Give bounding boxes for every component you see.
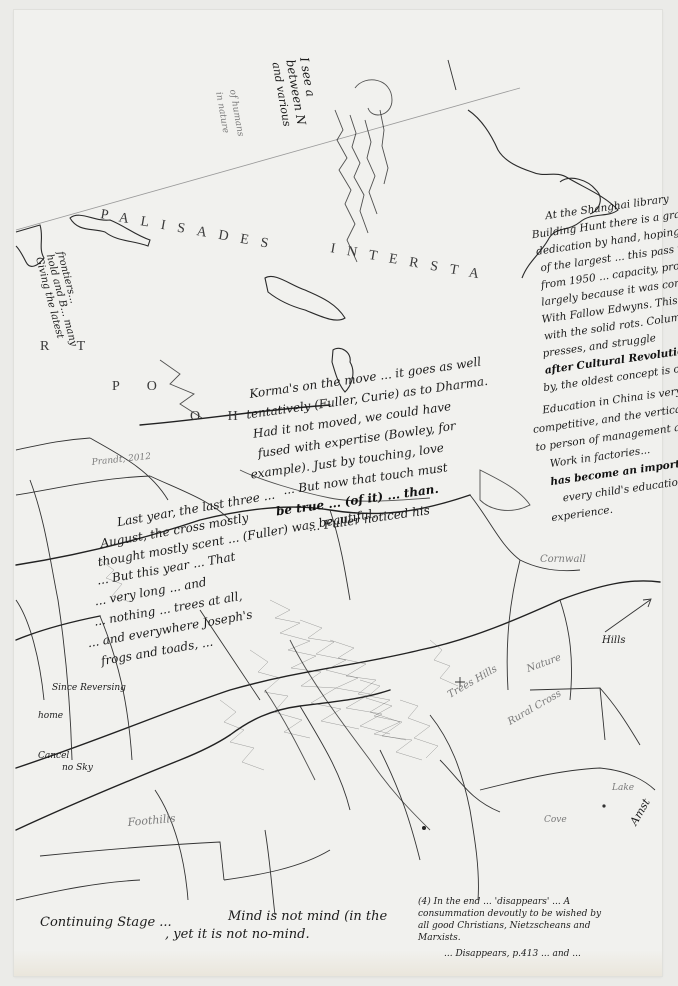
map-label-palisades: PALISADES <box>99 207 281 253</box>
map-label-oh: O H <box>190 409 250 424</box>
svg-text:Marxists.: Marxists. <box>417 933 461 943</box>
place-label-foothills: Foothills <box>126 812 176 829</box>
map-guide-line <box>16 88 520 230</box>
svg-text:Rural Cross: Rural Cross <box>505 688 563 728</box>
arrow-to-hills <box>605 599 651 632</box>
annotation-bottom-center: Mind is not mind (in the , yet it is not… <box>165 909 387 942</box>
svg-text:Nature: Nature <box>524 652 562 675</box>
annotation-center-grey: Trees Hills Rural Cross Nature <box>446 652 563 728</box>
coastline-top <box>16 110 618 392</box>
svg-text:consummation devoutly to be wi: consummation devoutly to be wished by <box>418 909 602 919</box>
annotation-top-vertical: I see a between N and various <box>269 55 322 129</box>
svg-text:all good Christians, Nietzsche: all good Christians, Nietzscheans and <box>418 921 591 931</box>
place-label-lake: Lake <box>611 783 634 793</box>
place-label-cove: Cove <box>544 815 567 825</box>
annotation-top-small: of humans in nature <box>213 89 245 140</box>
svg-text:Cancel: Cancel <box>38 751 69 761</box>
place-label-cornwall: Cornwall <box>540 554 586 565</box>
scribble-shading-center <box>100 560 458 830</box>
svg-text:Mind is not mind (in the: Mind is not mind (in the <box>227 909 387 924</box>
place-label-amst: Amst <box>627 796 653 828</box>
annotation-left-vertical: Giving the latest hold and B... many fro… <box>33 249 90 350</box>
svg-text:, yet it is not no-mind.: , yet it is not no-mind. <box>165 927 310 942</box>
svg-text:experience.: experience. <box>551 504 614 524</box>
svg-text:Since Reversing: Since Reversing <box>52 683 126 693</box>
place-label-date: Prandt, 2012 <box>90 452 152 468</box>
annotation-bottom-right: (4) In the end ... 'disappears' ... A co… <box>417 896 602 959</box>
map-label-po: P O <box>112 379 169 394</box>
svg-text:home: home <box>38 711 63 721</box>
svg-text:(4) In the end ... 'disappears: (4) In the end ... 'disappears' ... A <box>418 896 571 907</box>
svg-text:no Sky: no Sky <box>62 763 94 773</box>
annotated-map-drawing: PALISADES INTERSTA R T P O O H I see a b… <box>0 0 678 986</box>
svg-text:Trees Hills: Trees Hills <box>446 664 499 701</box>
svg-text:... Disappears, p.413 ... and: ... Disappears, p.413 ... and ... <box>444 949 581 959</box>
map-label-interstate: INTERSTA <box>329 241 492 284</box>
annotation-right-column: At the Shanghai library Building Hunt th… <box>503 188 678 525</box>
place-label-hills: Hills <box>601 635 625 646</box>
svg-text:in nature: in nature <box>213 91 230 134</box>
annotation-bottom-left: Continuing Stage ... <box>40 915 172 930</box>
annotation-left-small-notes: Since Reversing home Cancel no Sky <box>38 683 126 773</box>
